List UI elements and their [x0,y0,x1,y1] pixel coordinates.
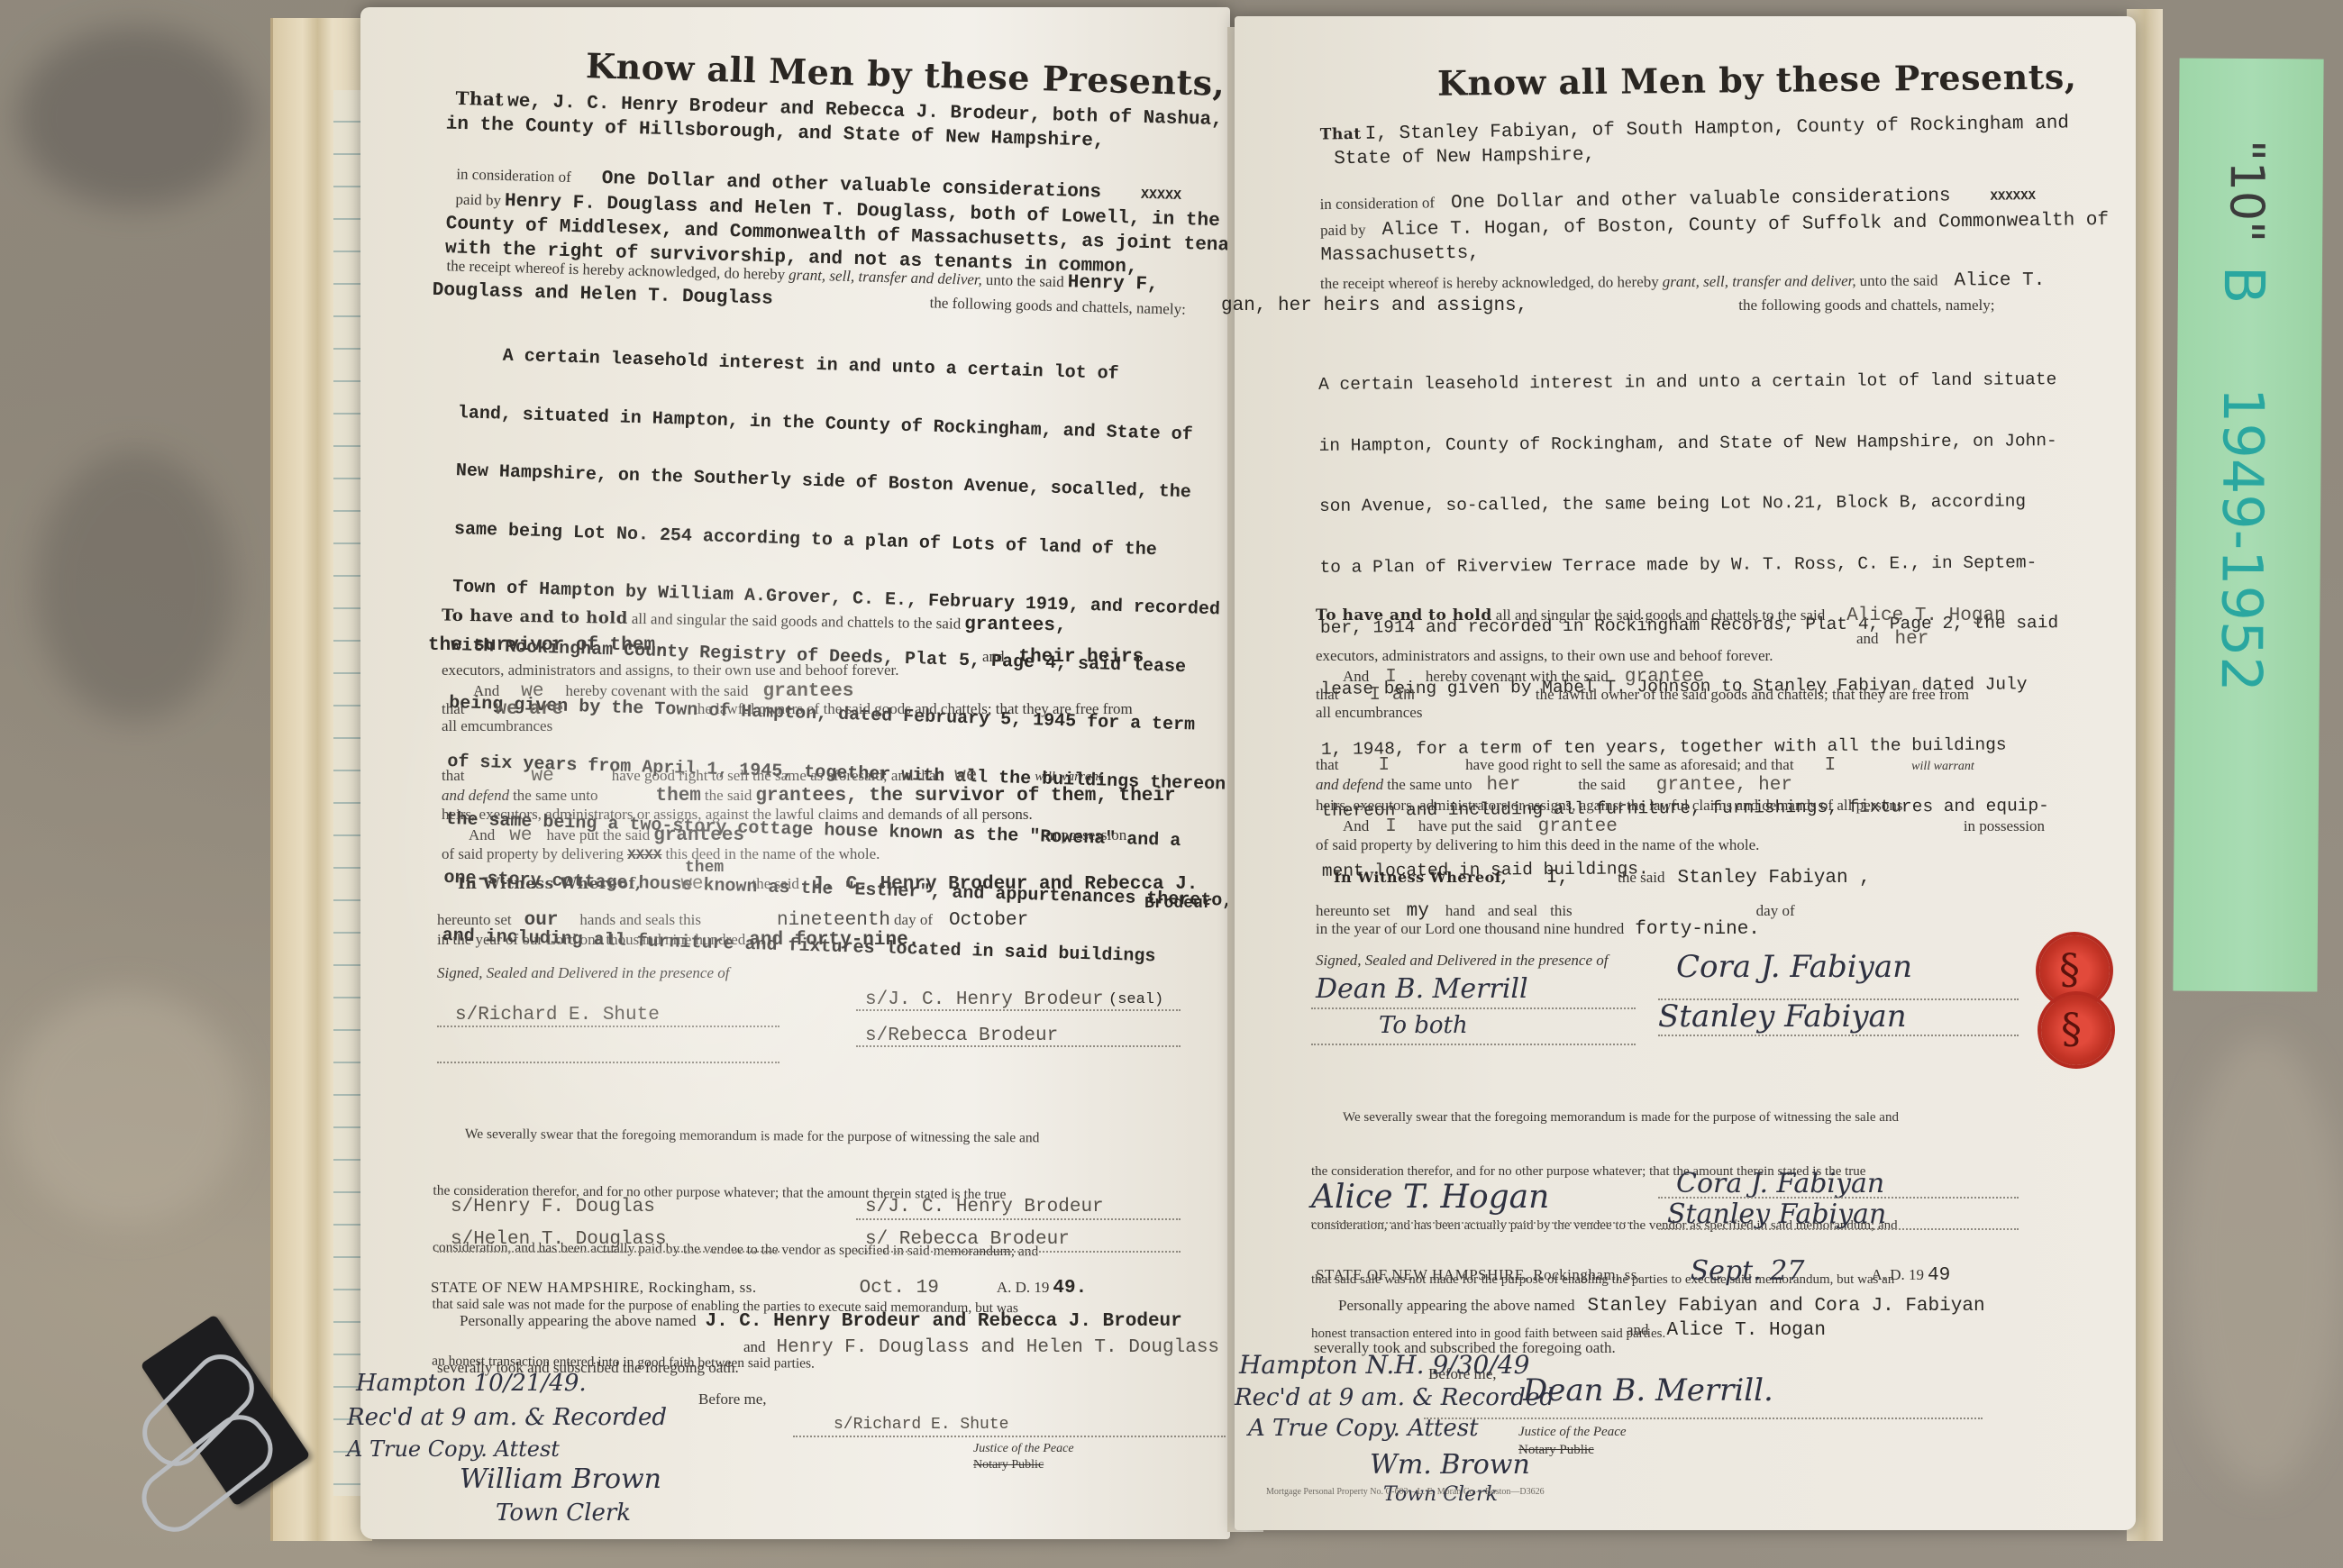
witness-names-cont: Brodeur [1144,892,1213,916]
the-said: the said [752,875,799,892]
receipt-verbs: grant, sell, transfer and deliver, [789,266,982,288]
witness-row: In Witness Whereof, I, the said Stanley … [1334,866,1871,890]
that-label: that [1316,756,1339,773]
witness-party: I, [1546,868,1569,889]
appearing-names: J. C. Henry Brodeur and Rebecca J. Brode… [705,1311,1181,1332]
witness-lead: In Witness Whereof, [1334,869,1507,886]
appearing-label: Personally appearing the above named [1338,1297,1574,1314]
consideration-label: in consideration of [456,165,571,186]
signature-line [1658,1035,2019,1036]
heirs-text: heirs, executors, administrators or assi… [442,806,1033,824]
that-label: that [442,767,465,784]
desk-stain [18,27,252,207]
habendum-text: all and singular the said goods and chat… [1496,606,1825,624]
state-row: STATE OF NEW HAMPSHIRE, Rockingham, ss. … [1316,1255,1950,1288]
wax-seal: § [2041,995,2111,1065]
and-label: and [1856,630,1879,647]
before-me: Before me, [698,1390,767,1408]
witness-signature: To both [1379,1012,1468,1039]
paid-by-label: paid by [1320,221,1366,239]
struck-dollars: XXXXXX [1990,189,2036,205]
year-text: in the year of our Lord one thousand nin… [1316,920,1624,937]
will-warrant: will warrant [1911,760,1974,773]
handwritten-note: Town Clerk [496,1500,631,1527]
good-right-text: have good right to sell the same as afor… [1465,756,1793,773]
desk-stain [9,991,243,1226]
receipt-text: the receipt whereof is hereby acknowledg… [1320,273,1659,292]
grantor-signature: Stanley Fabiyan [1658,998,1907,1035]
habendum-lead: To have and to hold [1316,606,1492,624]
right-receipt-2: gan, her heirs and assigns, the followin… [1221,294,1994,318]
index-tab: "10" B 1949-1952 [2173,58,2323,991]
day-of: day of [894,911,933,928]
handwritten-note: Rec'd at 9 am. & Recorded [1235,1384,1554,1411]
defend-text: the same unto [513,787,597,804]
encumbrances-text: all encumbrances [1316,704,1422,722]
that-label: that [442,700,465,717]
struck-him: XXXX [627,847,661,863]
habendum-heirs-row: and their heirs [982,645,1144,670]
and-label: and [1627,1321,1649,1338]
right-heading: Know all Men by these Presents, [1437,56,2077,103]
justice-signature: Dean B. Merrill. [1523,1372,1773,1408]
state-row: STATE OF NEW HAMPSHIRE, Rockingham, ss. … [431,1276,1087,1300]
possession-row: And I have put the said grantee in posse… [1343,815,2045,839]
covenant-party: I [1825,755,1837,776]
hereunto-text: hereunto set [437,911,512,928]
and-label: and [743,1338,766,1355]
description-line: A certain leasehold interest in and unto… [1318,369,2056,395]
appearing-names: Stanley Fabiyan and Cora J. Fabiyan [1587,1296,1984,1317]
witness-names: J. C. Henry Brodeur and Rebecca J. [812,874,1198,895]
witness-party: we [680,874,703,895]
state-year: 49. [1053,1278,1087,1299]
delivering-text: of said property by delivering [442,845,624,862]
appearing-names: Henry F. Douglass and Helen T. Douglass [777,1337,1219,1358]
struck-dollars: XXXXX [1141,187,1181,204]
possession-label: in possession [1045,826,1126,843]
habendum-her: her [1895,629,1929,650]
witness-names: Stanley Fabiyan , [1678,868,1871,889]
state-year: 49 [1928,1265,1950,1286]
oath-signature: Stanley Fabiyan [1667,1199,1886,1230]
good-right-text: have good right to sell the same as afor… [612,767,940,784]
will-warrant: will warrant [1035,770,1102,784]
intro-lead: That [455,87,504,110]
signature-line [1311,1222,1636,1224]
ad-label: A. D. 19 [997,1279,1050,1296]
justice-title: Justice of the Peace [973,1442,1074,1456]
signature-line [1311,1007,1636,1009]
description-line: son Avenue, so-called, the same being Lo… [1319,491,2057,516]
desk-stain [36,451,234,721]
defend-row: and defend the same unto them the said g… [442,784,1176,808]
seal-monogram-icon: § [2061,1004,2082,1053]
receipt-suffix: unto the said [1860,272,1938,289]
oath-line: We severally swear that the foregoing me… [433,1125,1040,1148]
defend-row: and defend the same unto her the said gr… [1316,773,1792,798]
habendum-grantee: Alice T. Hogan [1846,606,2005,626]
handwritten-note: Hampton N.H. 9/30/49 [1239,1350,1529,1380]
witness-row: In Witness Whereof, we the said J. C. He… [458,872,1198,897]
intro-line: State of New Hampshire, [1334,145,1595,170]
delivering-text: of said property by delivering to him th… [1316,836,1759,854]
signature-line [437,1026,779,1027]
put-grantee: grantee [1538,816,1618,837]
intro-lead: That [1320,125,1362,144]
right-receipt: the receipt whereof is hereby acknowledg… [1320,269,2045,296]
year-text: in the year of our Lord one thousand nin… [437,931,745,948]
covenant-i-am: I am [1370,685,1415,706]
consideration-value: One Dollar and other valuable considerat… [1451,186,1951,214]
grantee-name: Alice T. [1954,270,2045,292]
notary-struck: Notary Public [973,1458,1044,1472]
year-value: forty-nine. [1635,919,1760,940]
oath-signature: s/ Rebecca Brodeur [865,1227,1070,1252]
habendum-text: all and singular the said goods and chat… [632,610,962,633]
appearing-label: Personally appearing the above named [460,1312,696,1329]
habendum-survivor: the survivor of them, [428,634,667,658]
hands-text: hands and seals this [579,911,701,928]
heirs-text: heirs, executors, administrators or assi… [1316,797,1907,815]
justice-title: Justice of the Peace [1518,1425,1627,1440]
desk-stain [2181,1036,2343,1487]
consideration-label: in consideration of [1320,194,1436,213]
left-page: Know all Men by these Presents, That we,… [360,7,1230,1539]
appearing-row: Personally appearing the above named Sta… [1338,1294,1985,1318]
description-line: in Hampton, County of Rockingham, and St… [1319,431,2057,456]
witness-signature: s/Richard E. Shute [455,1003,660,1027]
grantee-name-cont: Douglass and Helen T. Douglass [432,280,773,310]
covenant-party: I [1385,816,1397,837]
grantor-signature: s/Rebecca Brodeur [865,1024,1058,1048]
paid-by-line: Alice T. Hogan, of Boston, County of Suf… [1381,210,2109,241]
description-line: same being Lot No. 254 according to a pl… [454,520,1244,562]
oath-signature: Alice T. Hogan [1311,1179,1549,1216]
day-of: day of [1756,902,1795,919]
that-label: that [1316,686,1339,703]
put-text: have put the said [1418,817,1522,834]
year-value: and forty-nine. [749,930,919,951]
and-label: And [1343,817,1369,834]
description-line: A certain leasehold interest in and unto… [459,345,1248,387]
grantor-signature: Cora J. Fabiyan [1676,949,1912,985]
appearing-row-2: and Henry F. Douglass and Helen T. Dougl… [743,1336,1219,1360]
justice-signature: s/Richard E. Shute [834,1413,1008,1437]
description-line: land, situated in Hampton, in the County… [458,404,1247,446]
signature-line [856,1251,1181,1253]
and-label: And [469,826,495,843]
habendum-her-row: and her [1856,627,1928,652]
tab-years: 1949-1952 [2209,387,2276,692]
oath-signature: Cora J. Fabiyan [1676,1168,1884,1199]
ad-label: A. D. 19 [1871,1266,1924,1283]
habendum-grantees: grantees, [964,615,1067,637]
paid-by-line: Massachusetts, [1320,243,1480,266]
defend-text: the same unto [1387,776,1472,793]
oath-signature: s/J. C. Henry Brodeur [865,1195,1104,1219]
signature-line [856,1009,1181,1011]
intro-line: I, Stanley Fabiyan, of South Hampton, Co… [1365,113,2070,144]
signature-line [856,1045,1181,1047]
description-line: New Hampshire, on the Southerly side of … [456,461,1245,504]
appearing-row-2: and Alice T. Hogan [1627,1318,1826,1343]
executors-text: executors, administrators and assigns, t… [1316,647,1773,665]
goods-label: the following goods and chattels, namely… [929,294,1186,317]
right-consideration: in consideration of One Dollar and other… [1319,182,2109,268]
handwritten-note: A True Copy. Attest [347,1436,560,1462]
appearing-row: Personally appearing the above named J. … [460,1309,1182,1334]
goods-label: the following goods and chattels, namely… [1738,296,1994,314]
seal-label: (seal) [1108,988,1163,1012]
defend-label: and defend [1316,776,1383,793]
right-page: Know all Men by these Presents, That I, … [1235,16,2136,1530]
habendum-lead: To have and to hold [442,606,628,628]
signature-line [1311,1044,1636,1045]
put-text: have put the said [547,826,651,843]
grantor-signature: s/J. C. Henry Brodeur [865,988,1104,1012]
receipt-suffix: unto the said [986,271,1064,290]
receipt-verbs: grant, sell, transfer and deliver, [1663,272,1856,290]
year-row: in the year of our Lord one thousand nin… [437,928,919,953]
signed-label: Signed, Sealed and Delivered in the pres… [437,964,729,982]
encumbrances-text: all emcumbrances [442,717,552,735]
grantee-name-cont: gan, her heirs and assigns, [1221,296,1527,316]
paid-by-label: paid by [455,190,501,208]
tab-letter: B [2211,266,2277,305]
tab-number: "10" [2219,140,2274,242]
oath-line: We severally swear that the foregoing me… [1311,1108,1899,1126]
handwritten-note: A True Copy. Attest [1248,1415,1479,1442]
defend-label: and defend [442,787,509,804]
grantee-name: Henry F, [1067,272,1158,296]
description-line: to a Plan of Riverview Terrace made by W… [1319,552,2057,578]
the-said: the said [1578,776,1625,793]
seal-monogram-icon: § [2059,944,2080,993]
signed-label: Signed, Sealed and Delivered in the pres… [1316,952,1608,970]
signature-line [1424,1418,1983,1419]
year-row: in the year of our Lord one thousand nin… [1316,917,1760,942]
grantee-her: grantee, her [1656,775,1792,796]
state-date: Oct. 19 [860,1278,939,1299]
signature-line [437,1251,779,1253]
right-intro: That I, Stanley Fabiyan, of South Hampto… [1320,111,2070,171]
defend-her: her [1487,775,1521,796]
oath-signature: s/Helen T. Douglass [451,1227,666,1252]
witness-month: October [949,910,1028,931]
handwritten-note: Hampton 10/21/49. [356,1370,587,1397]
grantees-survivor: grantees, the survivor of them, their [755,786,1175,807]
the-said: the said [705,787,752,804]
appearing-names: Alice T. Hogan [1667,1320,1826,1341]
defend-them: them [656,786,701,807]
witness-signature: Dean B. Merrill [1316,973,1528,1005]
and-label: and [982,648,1005,665]
form-footer: Mortgage Personal Property No. C-603—L. … [1266,1487,1545,1497]
witness-lead: In Witness Whereof, [458,875,641,893]
signature-line [437,1062,779,1063]
signature-line [793,1436,1226,1437]
handwritten-note: William Brown [460,1463,661,1495]
delivering-row: of said property by delivering XXXX this… [442,843,880,868]
heirs-value: their heirs [1019,647,1144,668]
state-label: STATE OF NEW HAMPSHIRE, Rockingham, ss. [1316,1266,1642,1283]
signature-line [856,1218,1181,1220]
ledger-page-edge [333,90,360,1496]
handwritten-note: Wm. Brown [1370,1449,1530,1481]
state-label: STATE OF NEW HAMPSHIRE, Rockingham, ss. [431,1279,757,1296]
possession-label: in possession [1964,817,2045,834]
signature-line [1658,1228,2019,1230]
the-said: the said [1618,869,1664,886]
right-habendum: To have and to hold all and singular the… [1316,604,2006,628]
handwritten-note: Rec'd at 9 am. & Recorded [347,1404,667,1431]
owner-text: the lawful owner of the said goods and c… [1536,686,1969,703]
executors-text: executors, administrators and assigns, t… [442,661,899,679]
state-date: Sept. 27 [1691,1255,1805,1287]
owner-text: the lawful owners of the said goods and … [693,700,1133,717]
oath-signature: s/Henry F. Douglas [451,1195,655,1219]
